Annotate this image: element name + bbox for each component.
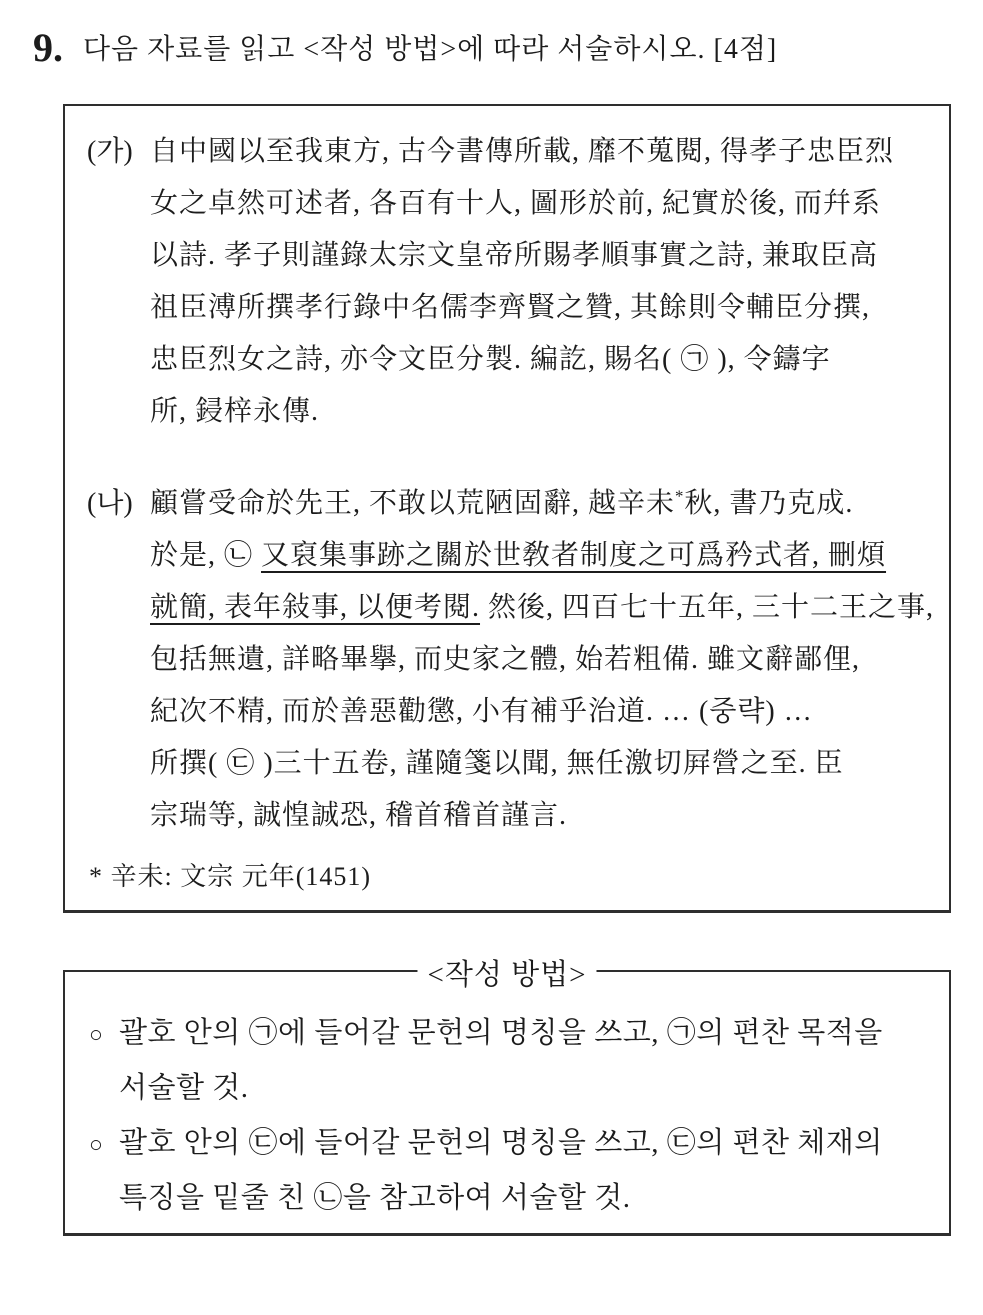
passage-line: 祖臣溥所撰孝行錄中名儒李齊賢之贊, 其餘則令輔臣分撰, bbox=[150, 282, 939, 334]
passage-ga: (가) 自中國以至我東方, 古今書傳所載, 靡不蒐閱, 得孝子忠臣烈女之卓然可述… bbox=[65, 126, 939, 438]
passage-line: 以詩. 孝子則謹錄太宗文皇帝所賜孝順事實之詩, 兼取臣高 bbox=[150, 230, 939, 282]
passage-text: 顧嘗受命於先王, 不敢以荒陋固辭, 越辛未 bbox=[150, 488, 675, 519]
question-header: 9. 다음 자료를 읽고 <작성 방법>에 따라 서술하시오. [4점] bbox=[33, 26, 983, 72]
underlined-text: 又裒集事跡之關於世敎者制度之可爲矜式者, 刪煩 bbox=[261, 540, 886, 571]
passage-line: 女之卓然可述者, 各百有十人, 圖形於前, 紀實於後, 而幷系 bbox=[150, 178, 939, 230]
passage-line: 顧嘗受命於先王, 不敢以荒陋固辭, 越辛未*秋, 書乃克成. bbox=[150, 478, 939, 530]
passage-ga-lines: 自中國以至我東方, 古今書傳所載, 靡不蒐閱, 得孝子忠臣烈女之卓然可述者, 各… bbox=[150, 126, 939, 438]
passage-text: 然後, 四百七十五年, 三十二王之事, bbox=[480, 592, 934, 623]
method-line: 괄호 안의 ㉠에 들어갈 문헌의 명칭을 쓰고, ㉠의 편찬 목적을 bbox=[119, 1006, 935, 1061]
method-line: 괄호 안의 ㉢에 들어갈 문헌의 명칭을 쓰고, ㉢의 편찬 체재의 bbox=[119, 1116, 935, 1171]
bullet-marker: ○ bbox=[89, 1007, 103, 1062]
passage-text: 紀次不精, 而於善惡勸懲, 小有補乎治道. … (중략) … bbox=[150, 696, 813, 727]
passage-text: 所撰( ㉢ )三十五卷, 謹隨箋以聞, 無任激切屛營之至. 臣 bbox=[150, 748, 844, 779]
passage-na-label: (나) bbox=[87, 478, 133, 530]
passage-na: (나) 顧嘗受命於先王, 不敢以荒陋固辭, 越辛未*秋, 書乃克成.於是, ㉡ … bbox=[65, 478, 939, 842]
passage-ga-label: (가) bbox=[87, 126, 133, 178]
passage-line: 於是, ㉡ 又裒集事跡之關於世敎者制度之可爲矜式者, 刪煩 bbox=[150, 530, 939, 582]
question-number: 9. bbox=[33, 26, 63, 70]
passage-na-lines: 顧嘗受命於先王, 不敢以荒陋固辭, 越辛未*秋, 書乃克成.於是, ㉡ 又裒集事… bbox=[150, 478, 939, 842]
passage-line: 就簡, 表年敍事, 以便考閱. 然後, 四百七十五年, 三十二王之事, bbox=[150, 582, 939, 634]
passage-line: 紀次不精, 而於善惡勸懲, 小有補乎治道. … (중략) … bbox=[150, 686, 939, 738]
footnote-asterisk: * bbox=[675, 487, 684, 506]
question-prompt: 다음 자료를 읽고 <작성 방법>에 따라 서술하시오. [4점] bbox=[83, 26, 777, 72]
underlined-text: 就簡, 表年敍事, 以便考閱. bbox=[150, 592, 480, 623]
passage-text: 於是, ㉡ bbox=[150, 540, 261, 571]
passage-line: 宗瑞等, 誠惶誠恐, 稽首稽首謹言. bbox=[150, 790, 939, 842]
method-line: 특징을 밑줄 친 ㉡을 참고하여 서술할 것. bbox=[119, 1171, 935, 1226]
passage-line: 所撰( ㉢ )三十五卷, 謹隨箋以聞, 無任激切屛營之至. 臣 bbox=[150, 738, 939, 790]
bullet-marker: ○ bbox=[89, 1117, 103, 1172]
passage-text: 包括無遺, 詳略畢擧, 而史家之體, 始若粗備. 雖文辭鄙俚, bbox=[150, 644, 860, 675]
passage-line: 所, 鋟梓永傳. bbox=[150, 386, 939, 438]
method-line: 서술할 것. bbox=[119, 1061, 935, 1116]
passage-text: 秋, 書乃克成. bbox=[684, 488, 853, 519]
passage-line: 自中國以至我東方, 古今書傳所載, 靡不蒐閱, 得孝子忠臣烈 bbox=[150, 126, 939, 178]
method-item: ○괄호 안의 ㉢에 들어갈 문헌의 명칭을 쓰고, ㉢의 편찬 체재의특징을 밑… bbox=[87, 1116, 935, 1226]
passage-line: 忠臣烈女之詩, 亦令文臣分製. 編訖, 賜名( ㉠ ), 令鑄字 bbox=[150, 334, 939, 386]
passage-footnote: * 辛未: 文宗 元年(1451) bbox=[65, 858, 939, 896]
method-box-title: <작성 방법> bbox=[417, 952, 596, 993]
passage-box: (가) 自中國以至我東方, 古今書傳所載, 靡不蒐閱, 得孝子忠臣烈女之卓然可述… bbox=[63, 104, 951, 913]
method-items: ○괄호 안의 ㉠에 들어갈 문헌의 명칭을 쓰고, ㉠의 편찬 목적을서술할 것… bbox=[87, 1006, 935, 1226]
method-item: ○괄호 안의 ㉠에 들어갈 문헌의 명칭을 쓰고, ㉠의 편찬 목적을서술할 것… bbox=[87, 1006, 935, 1116]
method-box: <작성 방법> ○괄호 안의 ㉠에 들어갈 문헌의 명칭을 쓰고, ㉠의 편찬 … bbox=[63, 970, 951, 1236]
passage-line: 包括無遺, 詳略畢擧, 而史家之體, 始若粗備. 雖文辭鄙俚, bbox=[150, 634, 939, 686]
passage-text: 宗瑞等, 誠惶誠恐, 稽首稽首謹言. bbox=[150, 800, 567, 831]
